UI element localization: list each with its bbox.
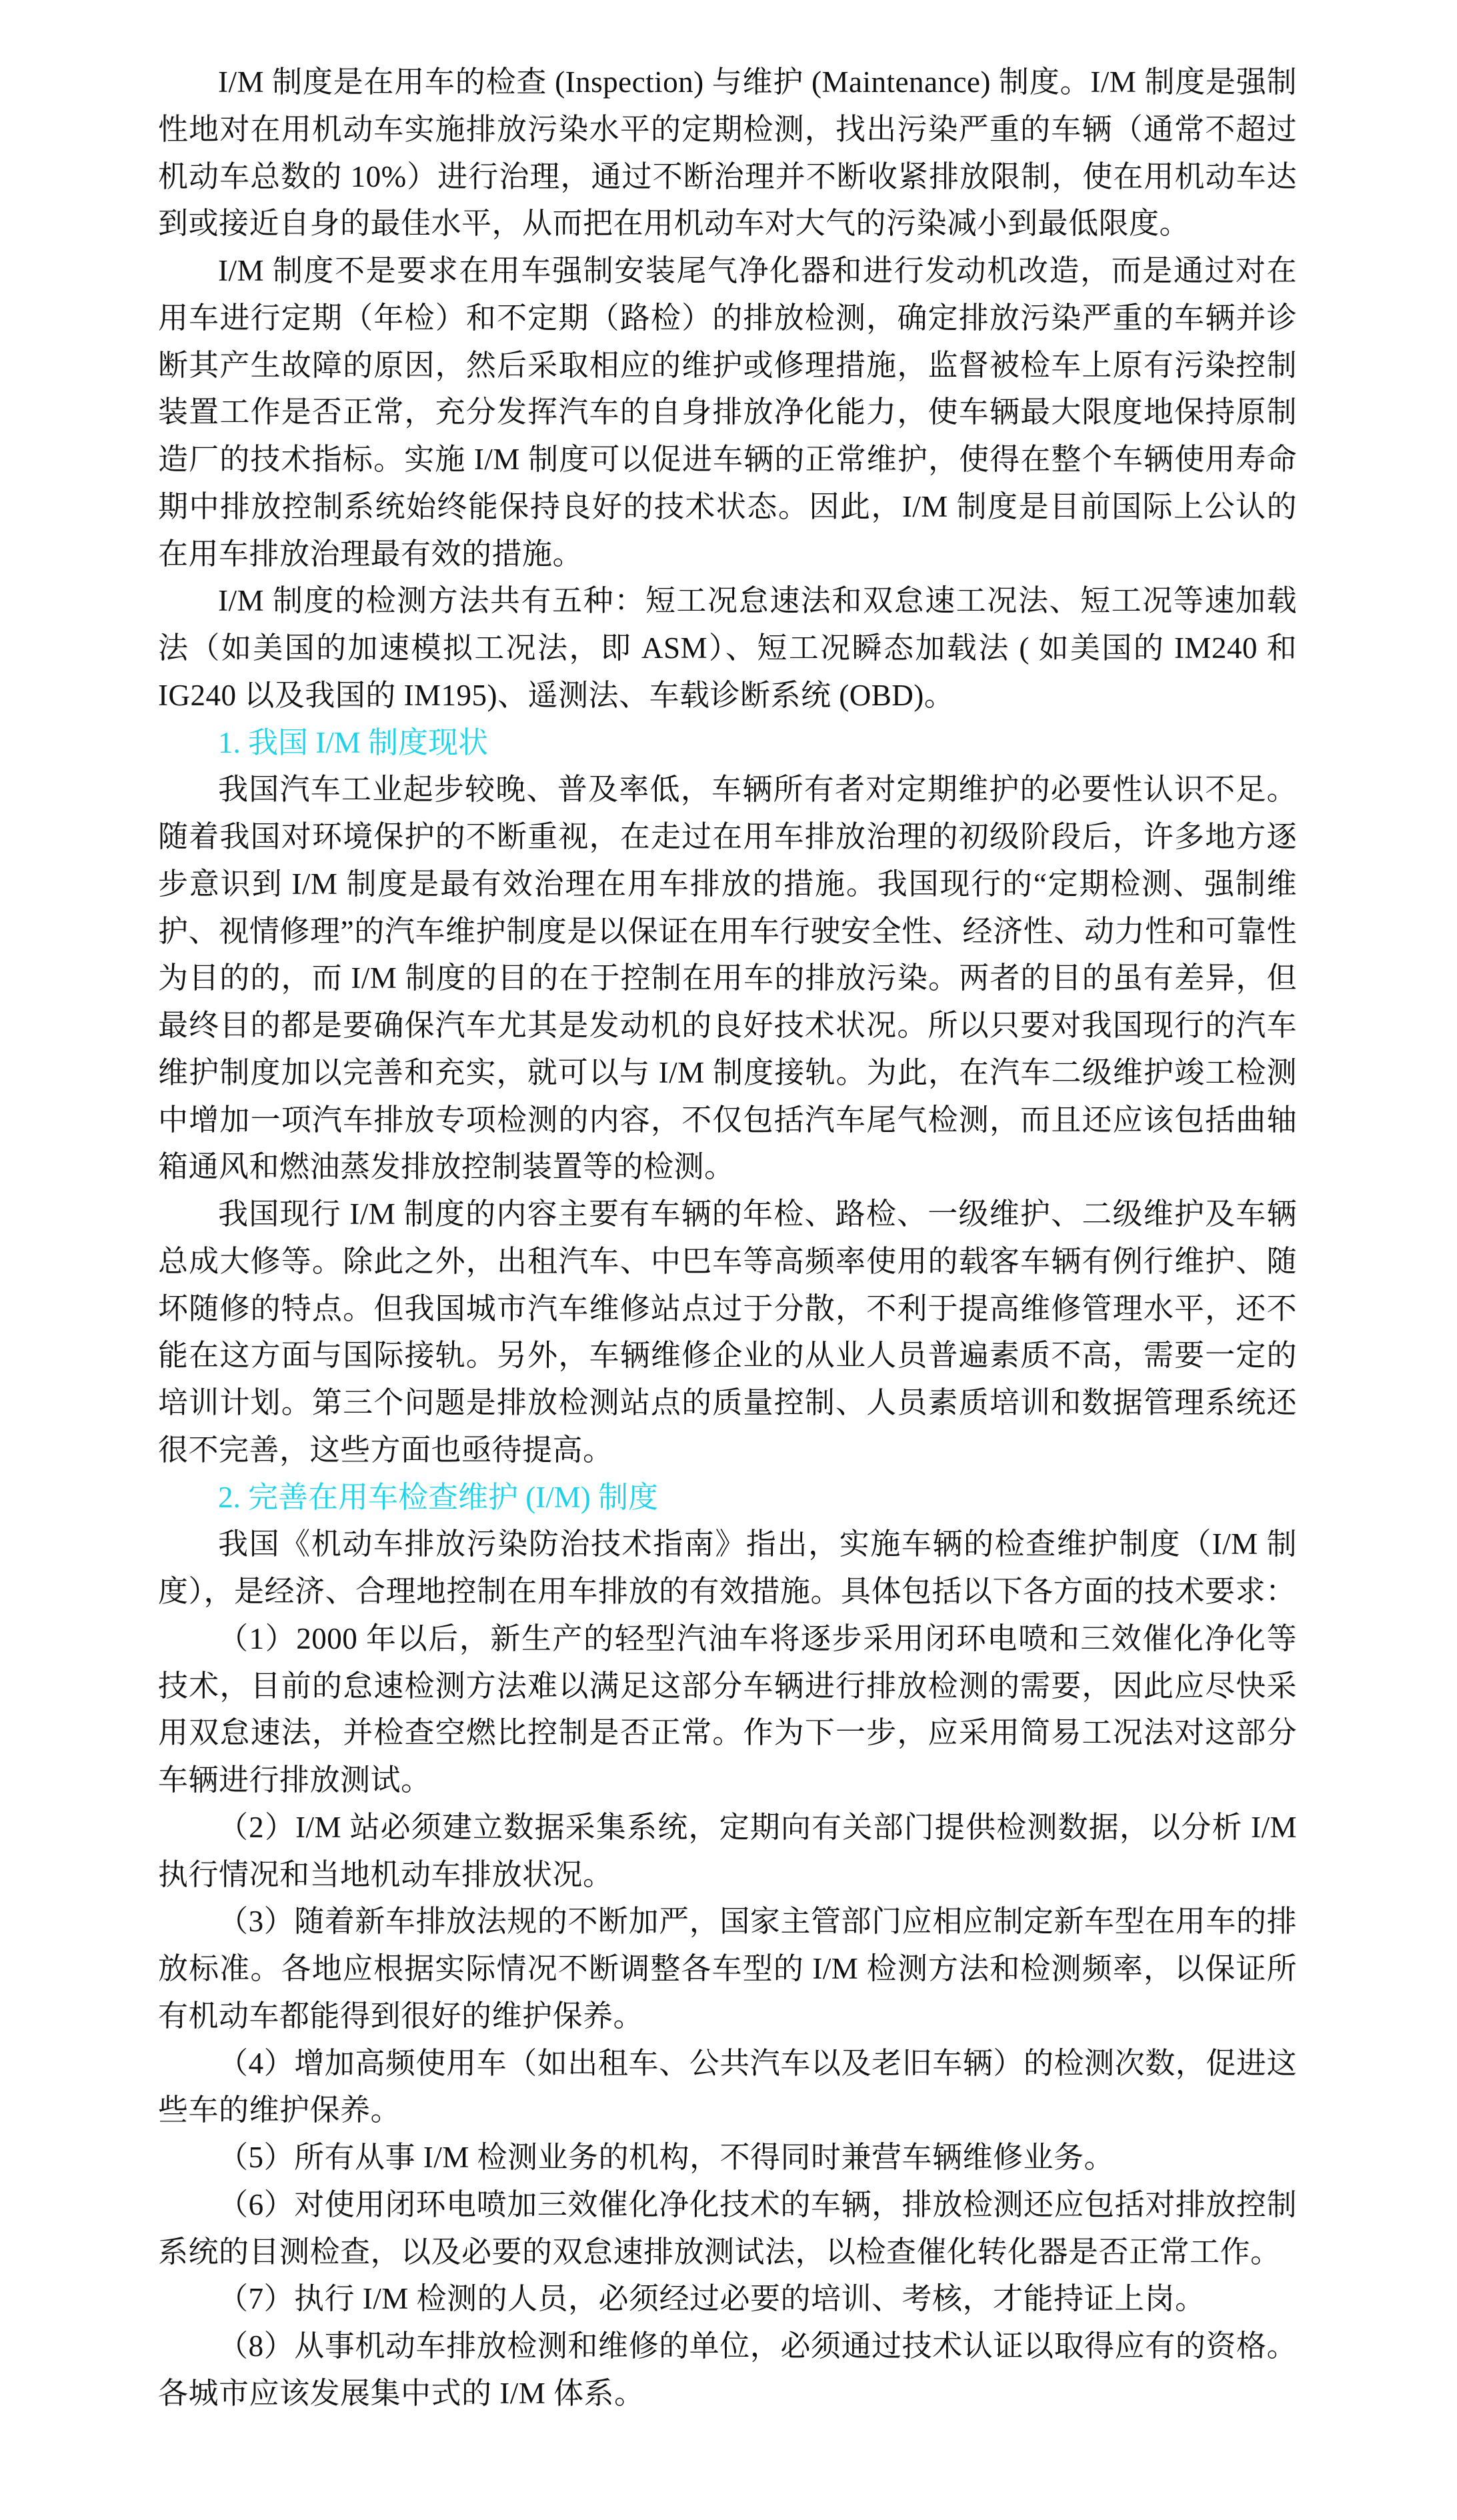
intro-paragraph-1: I/M 制度是在用车的检查 (Inspection) 与维护 (Maintena…: [158, 59, 1297, 247]
section1-paragraph-2: 我国现行 I/M 制度的内容主要有车辆的年检、路检、一级维护、二级维护及车辆总成…: [158, 1191, 1297, 1474]
requirement-item-2: （2）I/M 站必须建立数据采集系统，定期向有关部门提供检测数据，以分析 I/M…: [158, 1804, 1297, 1899]
requirement-item-1: （1）2000 年以后，新生产的轻型汽油车将逐步采用闭环电喷和三效催化净化等技术…: [158, 1615, 1297, 1804]
requirement-item-7: （7）执行 I/M 检测的人员，必须经过必要的培训、考核，才能持证上岗。: [158, 2275, 1297, 2323]
requirement-item-6: （6）对使用闭环电喷加三效催化净化技术的车辆，排放检测还应包括对排放控制系统的目…: [158, 2181, 1297, 2276]
intro-paragraph-2: I/M 制度不是要求在用车强制安装尾气净化器和进行发动机改造，而是通过对在用车进…: [158, 247, 1297, 577]
requirement-item-4: （4）增加高频使用车（如出租车、公共汽车以及老旧车辆）的检测次数，促进这些车的维…: [158, 2040, 1297, 2135]
intro-paragraph-3: I/M 制度的检测方法共有五种：短工况怠速法和双怠速工况法、短工况等速加载法（如…: [158, 577, 1297, 719]
section-heading-improve-im-system: 2. 完善在用车检查维护 (I/M) 制度: [158, 1474, 1297, 1521]
section1-paragraph-1: 我国汽车工业起步较晚、普及率低，车辆所有者对定期维护的必要性认识不足。随着我国对…: [158, 766, 1297, 1191]
section2-paragraph-intro: 我国《机动车排放污染防治技术指南》指出，实施车辆的检查维护制度（I/M 制度），…: [158, 1521, 1297, 1615]
requirement-item-5: （5）所有从事 I/M 检测业务的机构，不得同时兼营车辆维修业务。: [158, 2134, 1297, 2181]
requirement-item-3: （3）随着新车排放法规的不断加严，国家主管部门应相应制定新车型在用车的排放标准。…: [158, 1898, 1297, 2039]
requirement-item-8: （8）从事机动车排放检测和维修的单位，必须通过技术认证以取得应有的资格。各城市应…: [158, 2323, 1297, 2417]
document-page: I/M 制度是在用车的检查 (Inspection) 与维护 (Maintena…: [158, 59, 1297, 2417]
section-heading-current-status: 1. 我国 I/M 制度现状: [158, 719, 1297, 767]
